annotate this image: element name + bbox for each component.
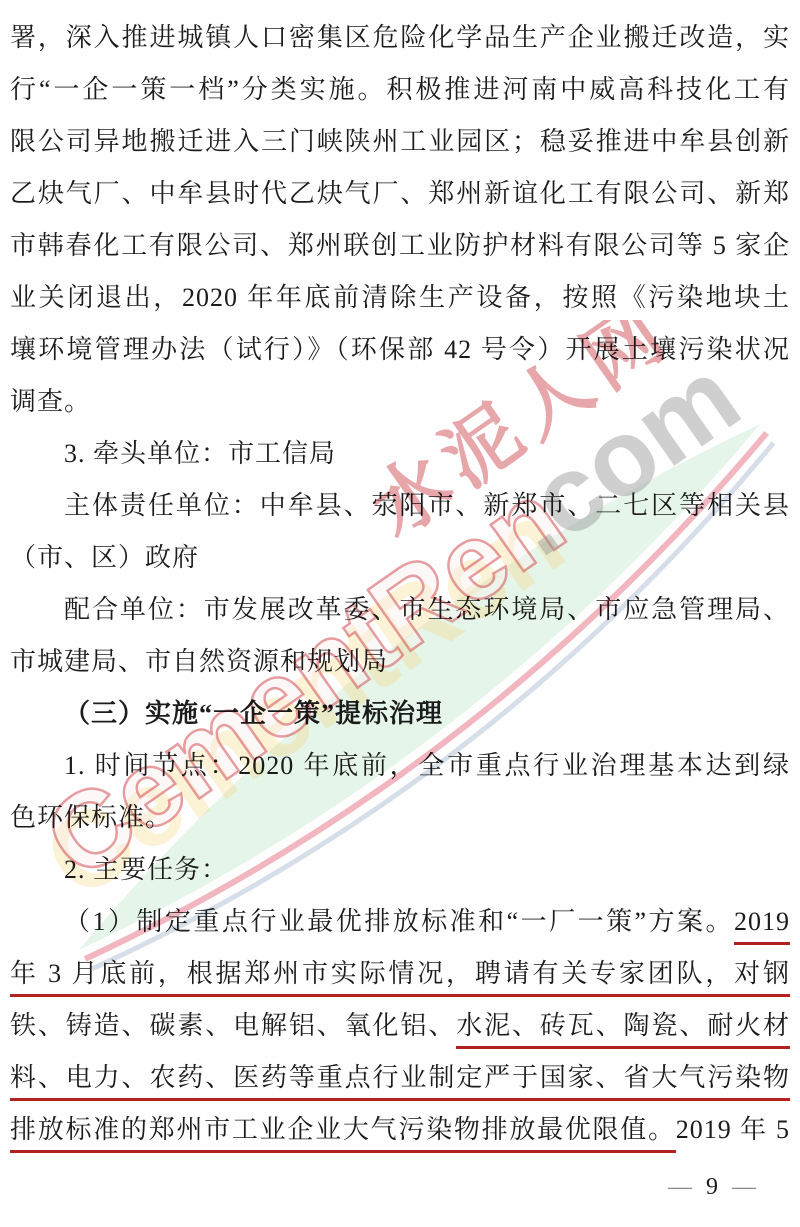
text-run: 行“一企一策一档”分类实施。积极推进河南中威高科技化工有 <box>10 75 790 104</box>
text-run: 署，深入推进城镇人口密集区危险化学品生产企业搬迁改造，实 <box>10 23 790 52</box>
text-line: 年 3 月底前，根据郑州市实际情况，聘请有关专家团队，对钢 <box>10 948 790 1000</box>
text-run: 2. 主要任务： <box>64 855 228 884</box>
text-line: 铁、铸造、碳素、电解铝、氧化铝、水泥、砖瓦、陶瓷、耐火材 <box>10 1000 790 1052</box>
red-underlined-text: 水泥、砖瓦、陶瓷、耐火材 <box>456 1011 790 1049</box>
text-run: （三）实施“一企一策”提标治理 <box>64 699 443 728</box>
text-line: 1. 时间节点：2020 年底前，全市重点行业治理基本达到绿 <box>10 740 790 792</box>
text-run: 铁、铸造、碳素、电解铝、氧化铝、 <box>10 1011 456 1040</box>
text-line: 乙炔气厂、中牟县时代乙炔气厂、郑州新谊化工有限公司、新郑 <box>10 168 790 220</box>
text-run: 限公司异地搬迁进入三门峡陕州工业园区；稳妥推进中牟县创新 <box>10 127 790 156</box>
text-run: 业关闭退出，2020 年年底前清除生产设备，按照《污染地块土 <box>10 283 790 312</box>
text-line: 配合单位：市发展改革委、市生态环境局、市应急管理局、 <box>10 584 790 636</box>
text-line: 市韩春化工有限公司、郑州联创工业防护材料有限公司等 5 家企 <box>10 220 790 272</box>
text-line: 署，深入推进城镇人口密集区危险化学品生产企业搬迁改造，实 <box>10 12 790 64</box>
text-line: 业关闭退出，2020 年年底前清除生产设备，按照《污染地块土 <box>10 272 790 324</box>
page-number-dash-right: — <box>732 1174 756 1201</box>
red-underlined-text: 料、电力、农药、医药等重点行业制定严于国家、省大气污染物 <box>10 1063 790 1101</box>
red-underlined-text: 2019 <box>734 907 790 945</box>
text-run: （1）制定重点行业最优排放标准和“一厂一策”方案。 <box>64 907 734 936</box>
text-run: 调查。 <box>10 387 91 416</box>
text-line: 色环保标准。 <box>10 792 790 844</box>
text-line: 行“一企一策一档”分类实施。积极推进河南中威高科技化工有 <box>10 64 790 116</box>
text-line: 壤环境管理办法（试行）》（环保部 42 号令）开展土壤污染状况 <box>10 324 790 376</box>
section-heading: （三）实施“一企一策”提标治理 <box>10 688 790 740</box>
text-line: 排放标准的郑州市工业企业大气污染物排放最优限值。2019 年 5 <box>10 1104 790 1156</box>
text-run: 主体责任单位：中牟县、荥阳市、新郑市、二七区等相关县 <box>64 491 790 520</box>
page-number-value: 9 <box>706 1174 718 1201</box>
page-number: — 9 — <box>668 1174 756 1201</box>
document-body: 署，深入推进城镇人口密集区危险化学品生产企业搬迁改造，实 行“一企一策一档”分类… <box>0 0 800 1156</box>
text-line: （1）制定重点行业最优排放标准和“一厂一策”方案。2019 <box>10 896 790 948</box>
text-line: 调查。 <box>10 376 790 428</box>
text-line: 3. 牵头单位：市工信局 <box>10 428 790 480</box>
text-run: 市城建局、市自然资源和规划局 <box>10 647 388 676</box>
text-run: 1. 时间节点：2020 年底前，全市重点行业治理基本达到绿 <box>64 751 790 780</box>
text-line: 主体责任单位：中牟县、荥阳市、新郑市、二七区等相关县 <box>10 480 790 532</box>
red-underlined-text: 排放标准的郑州市工业企业大气污染物排放最优限值。 <box>10 1115 676 1153</box>
red-underlined-text: 年 3 月底前，根据郑州市实际情况，聘请有关专家团队，对钢 <box>10 959 790 997</box>
text-run: 色环保标准。 <box>10 803 172 832</box>
text-run: （市、区）政府 <box>10 543 199 572</box>
text-run: 市韩春化工有限公司、郑州联创工业防护材料有限公司等 5 家企 <box>10 231 790 260</box>
text-run: 3. 牵头单位：市工信局 <box>64 439 336 468</box>
page-number-dash-left: — <box>668 1174 692 1201</box>
text-line: 料、电力、农药、医药等重点行业制定严于国家、省大气污染物 <box>10 1052 790 1104</box>
text-line: 市城建局、市自然资源和规划局 <box>10 636 790 688</box>
text-line: 2. 主要任务： <box>10 844 790 896</box>
text-run: 2019 年 5 <box>676 1115 790 1144</box>
text-run: 配合单位：市发展改革委、市生态环境局、市应急管理局、 <box>64 595 790 624</box>
text-run: 壤环境管理办法（试行）》（环保部 42 号令）开展土壤污染状况 <box>10 335 790 364</box>
document-page: 署，深入推进城镇人口密集区危险化学品生产企业搬迁改造，实 行“一企一策一档”分类… <box>0 0 800 1227</box>
text-line: 限公司异地搬迁进入三门峡陕州工业园区；稳妥推进中牟县创新 <box>10 116 790 168</box>
text-line: （市、区）政府 <box>10 532 790 584</box>
text-run: 乙炔气厂、中牟县时代乙炔气厂、郑州新谊化工有限公司、新郑 <box>10 179 790 208</box>
